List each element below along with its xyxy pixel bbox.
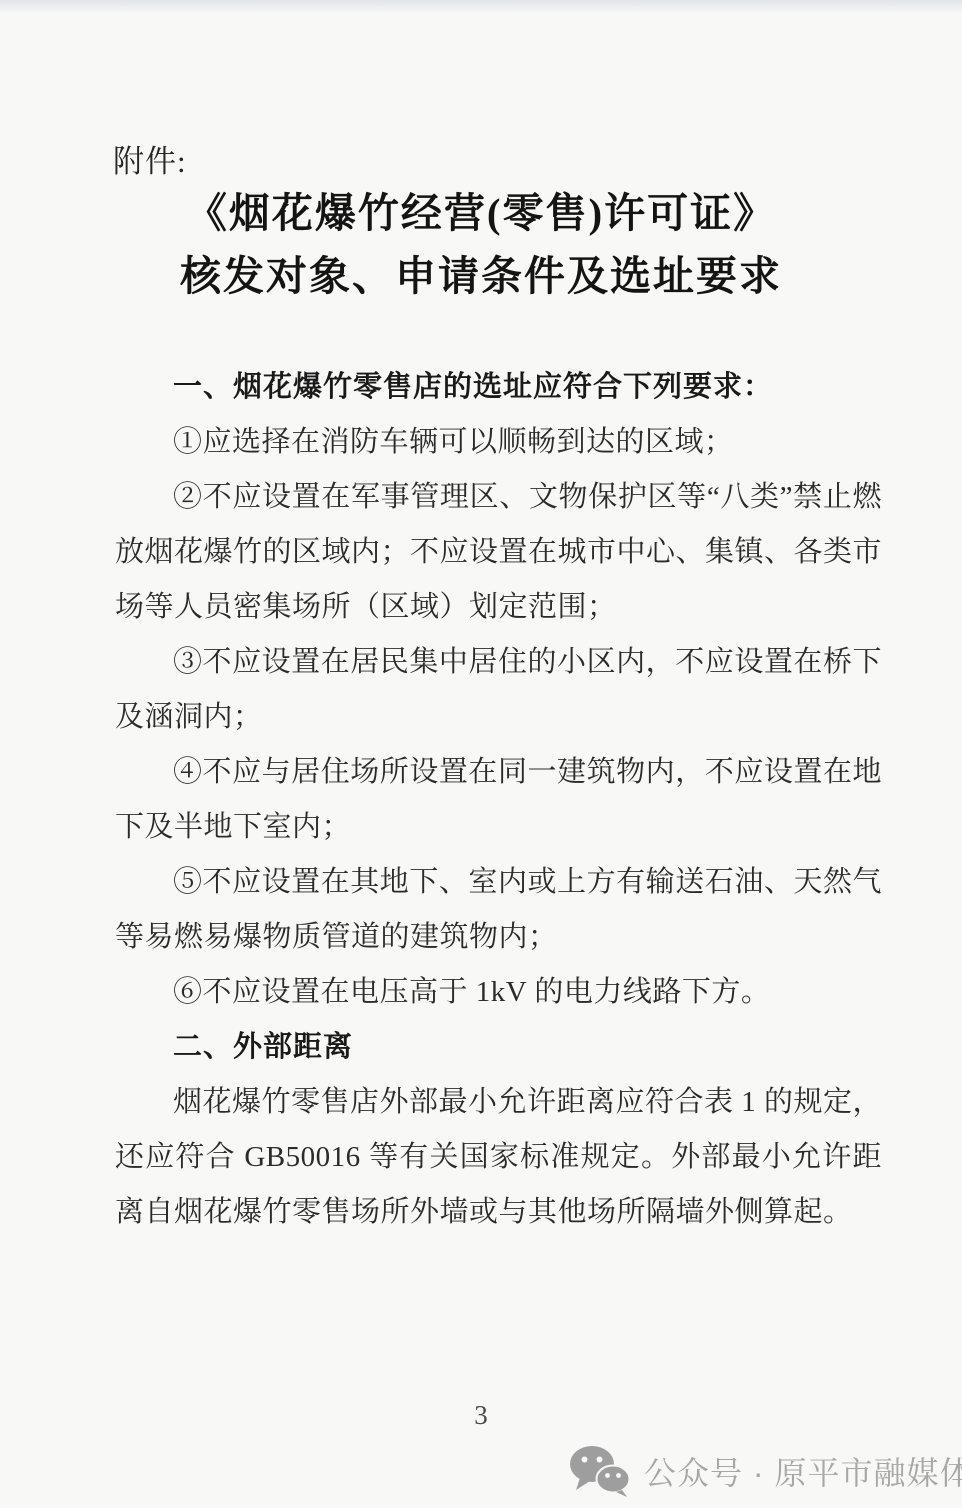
body-paragraph: ②不应设置在军事管理区、文物保护区等“八类”禁止燃放烟花爆竹的区域内；不应设置在…: [115, 470, 882, 635]
scan-edge-artifact: [0, 0, 962, 14]
section-heading: 一、烟花爆竹零售店的选址应符合下列要求：: [115, 360, 882, 415]
body-paragraph: ①应选择在消防车辆可以顺畅到达的区域；: [115, 415, 882, 470]
page-number: 3: [0, 1400, 962, 1431]
wechat-watermark-text: 公众号 · 原平市融媒体中心: [644, 1448, 962, 1494]
section-heading: 二、外部距离: [115, 1020, 882, 1075]
body-paragraph: ④不应与居住场所设置在同一建筑物内，不应设置在地下及半地下室内；: [115, 745, 882, 855]
document-title-line2: 核发对象、申请条件及选址要求: [0, 245, 962, 308]
wechat-icon: [568, 1444, 632, 1498]
scanned-document-page: 附件: 《烟花爆竹经营(零售)许可证》 核发对象、申请条件及选址要求 一、烟花爆…: [0, 0, 962, 1508]
document-body: 一、烟花爆竹零售店的选址应符合下列要求：①应选择在消防车辆可以顺畅到达的区域；②…: [115, 360, 882, 1240]
attachment-label: 附件:: [113, 136, 187, 181]
body-paragraph: ⑥不应设置在电压高于 1kV 的电力线路下方。: [115, 965, 882, 1020]
body-paragraph: ⑤不应设置在其地下、室内或上方有输送石油、天然气等易燃易爆物质管道的建筑物内；: [115, 855, 882, 965]
wechat-watermark: 公众号 · 原平市融媒体中心: [568, 1444, 962, 1498]
document-title-line1: 《烟花爆竹经营(零售)许可证》: [0, 182, 962, 245]
document-title: 《烟花爆竹经营(零售)许可证》 核发对象、申请条件及选址要求: [0, 182, 962, 308]
body-paragraph: 烟花爆竹零售店外部最小允许距离应符合表 1 的规定，还应符合 GB50016 等…: [115, 1075, 882, 1240]
body-paragraph: ③不应设置在居民集中居住的小区内，不应设置在桥下及涵洞内；: [115, 635, 882, 745]
